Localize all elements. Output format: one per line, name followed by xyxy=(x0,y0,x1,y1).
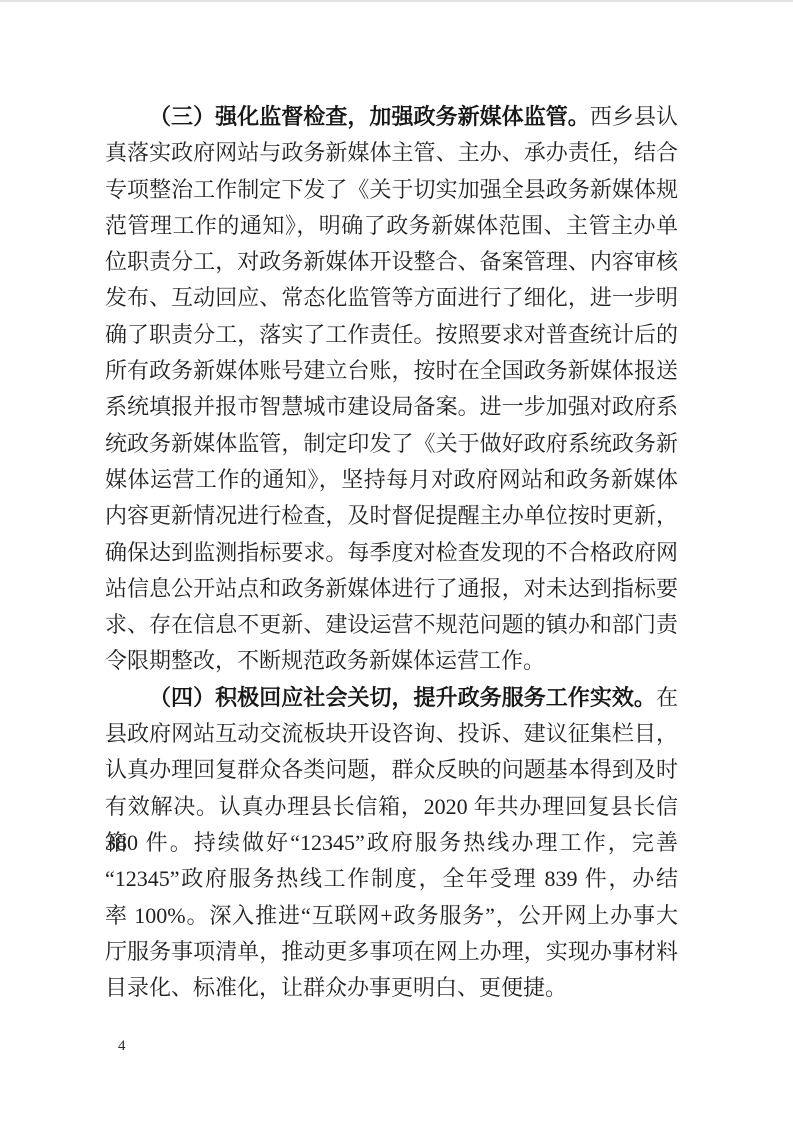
document-page: （三）强化监督检查，加强政务新媒体监管。西乡县认真落实政府网站与政务新媒体主管、… xyxy=(0,0,793,1122)
text-line: 380 件。持续做好“12345”政府服务热线办理工作，完善 xyxy=(105,825,678,861)
text-line: 真落实政府网站与政务新媒体主管、主办、承办责任，结合 xyxy=(105,135,678,171)
text-line: 专项整治工作制定下发了《关于切实加强全县政务新媒体规 xyxy=(105,172,678,208)
text-line: 县政府网站互动交流板块开设咨询、投诉、建议征集栏目， xyxy=(105,716,678,752)
text-line: 内容更新情况进行检查，及时督促提醒主办单位按时更新， xyxy=(105,498,678,534)
text-line: 位职责分工，对政务新媒体开设整合、备案管理、内容审核 xyxy=(105,244,678,280)
text-line: 发布、互动回应、常态化监管等方面进行了细化，进一步明 xyxy=(105,280,678,316)
text-line: 有效解决。认真办理县长信箱，2020 年共办理回复县长信箱 xyxy=(105,789,678,825)
text-line: 厅服务事项清单，推动更多事项在网上办理，实现办事材料 xyxy=(105,934,678,970)
text-line: 站信息公开站点和政务新媒体进行了通报，对未达到指标要 xyxy=(105,571,678,607)
text-line: 求、存在信息不更新、建设运营不规范问题的镇办和部门责 xyxy=(105,607,678,643)
section-heading: （四）积极回应社会关切，提升政务服务工作实效。 xyxy=(149,685,656,710)
text-line: （三）强化监督检查，加强政务新媒体监管。西乡县认 xyxy=(105,99,678,135)
document-body: （三）强化监督检查，加强政务新媒体监管。西乡县认真落实政府网站与政务新媒体主管、… xyxy=(105,99,678,1006)
text-line: 确了职责分工，落实了工作责任。按照要求对普查统计后的 xyxy=(105,317,678,353)
text-line: 令限期整改，不断规范政务新媒体运营工作。 xyxy=(105,643,678,679)
text-line: 统政务新媒体监管，制定印发了《关于做好政府系统政务新 xyxy=(105,426,678,462)
text-line: 媒体运营工作的通知》，坚持每月对政府网站和政务新媒体 xyxy=(105,462,678,498)
text-line: 目录化、标准化，让群众办事更明白、更便捷。 xyxy=(105,970,678,1006)
text-line: 范管理工作的通知》，明确了政务新媒体范围、主管主办单 xyxy=(105,208,678,244)
text-line: 认真办理回复群众各类问题，群众反映的问题基本得到及时 xyxy=(105,752,678,788)
text-line: “12345”政府服务热线工作制度，全年受理 839 件，办结 xyxy=(105,861,678,897)
text-line: 所有政务新媒体账号建立台账，按时在全国政务新媒体报送 xyxy=(105,353,678,389)
section-3-paragraph: （三）强化监督检查，加强政务新媒体监管。西乡县认真落实政府网站与政务新媒体主管、… xyxy=(105,99,678,680)
text-line: （四）积极回应社会关切，提升政务服务工作实效。在 xyxy=(105,680,678,716)
section-heading: （三）强化监督检查，加强政务新媒体监管。 xyxy=(149,104,590,129)
text-line: 系统填报并报市智慧城市建设局备案。进一步加强对政府系 xyxy=(105,389,678,425)
section-4-paragraph: （四）积极回应社会关切，提升政务服务工作实效。在县政府网站互动交流板块开设咨询、… xyxy=(105,680,678,1007)
text-line: 确保达到监测指标要求。每季度对检查发现的不合格政府网 xyxy=(105,535,678,571)
page-number: 4 xyxy=(118,1036,126,1056)
text-line: 率 100%。深入推进“互联网+政务服务”，公开网上办事大 xyxy=(105,898,678,934)
